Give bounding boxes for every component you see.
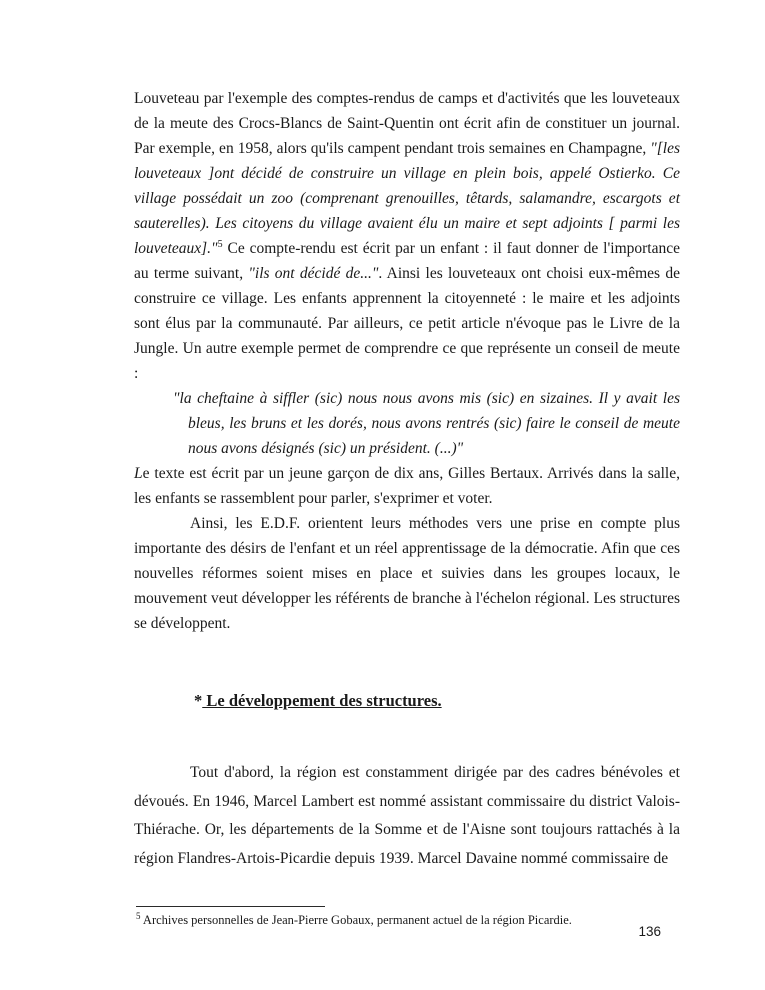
text-run: e texte est écrit par un jeune garçon de… <box>134 465 680 507</box>
quoted-italic-run: "ils ont décidé de..." <box>248 265 378 282</box>
text-block: Louveteau par l'exemple des comptes-rend… <box>134 86 680 873</box>
paragraph-le-texte: Le texte est écrit par un jeune garçon d… <box>134 461 680 511</box>
footnote-area: 5 Archives personnelles de Jean-Pierre G… <box>136 906 682 928</box>
page-number: 136 <box>638 924 661 939</box>
footnote-text: Archives personnelles de Jean-Pierre Gob… <box>141 913 572 927</box>
paragraph-ainsi-edf: Ainsi, les E.D.F. orientent leurs méthod… <box>134 511 680 636</box>
text-run: Louveteau par l'exemple des comptes-rend… <box>134 90 680 157</box>
heading-asterisk: * <box>194 691 202 710</box>
blockquote-conseil-de-meute: "la cheftaine à siffler (sic) nous nous … <box>188 386 680 461</box>
section-heading: * Le développement des structures. <box>194 688 680 713</box>
paragraph-louveteau: Louveteau par l'exemple des comptes-rend… <box>134 86 680 386</box>
heading-title-underlined: Le développement des structures. <box>202 691 441 710</box>
paragraph-tout-dabord: Tout d'abord, la région est constamment … <box>134 759 680 873</box>
footnote-separator <box>136 906 325 907</box>
document-page: Louveteau par l'exemple des comptes-rend… <box>0 0 765 990</box>
italic-initial: L <box>134 465 143 482</box>
footnote-5: 5 Archives personnelles de Jean-Pierre G… <box>136 912 682 928</box>
text-run: . Ainsi les louveteaux ont choisi eux-mê… <box>134 265 680 382</box>
